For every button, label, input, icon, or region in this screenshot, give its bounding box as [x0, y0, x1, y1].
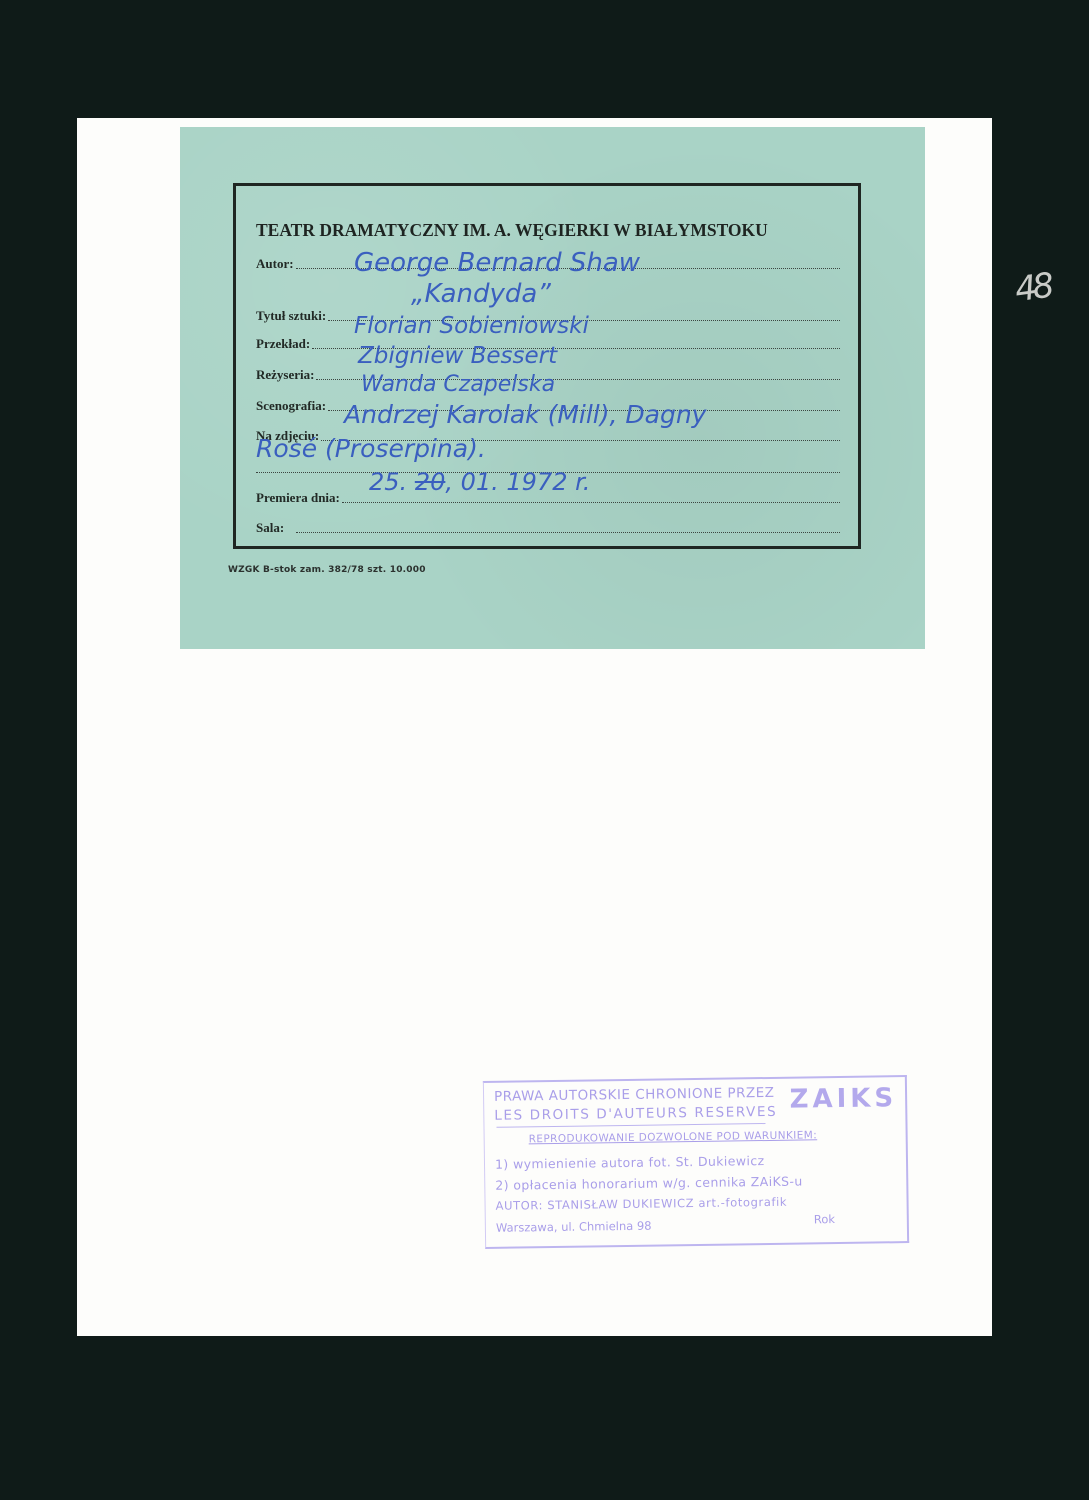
field-label: Sala:	[256, 520, 284, 536]
stamp-line-conditions: REPRODUKOWANIE DOZWOLONE POD WARUNKIEM:	[529, 1129, 818, 1145]
field-label: Reżyseria:	[256, 367, 314, 383]
field-value-na-zdjeciu-continuation: Rosé (Proserpina).	[256, 434, 486, 463]
field-value-premiera: 25. 20, 01. 1972 r.	[369, 468, 590, 496]
handwritten-page-number: 48	[1012, 266, 1052, 311]
premiere-month-year: , 01. 1972 r.	[445, 468, 590, 496]
field-value-rezyseria: Zbigniew Bessert	[358, 343, 557, 369]
field-label: Premiera dnia:	[256, 490, 340, 506]
theater-heading: TEATR DRAMATYCZNY IM. A. WĘGIERKI W BIAŁ…	[256, 220, 768, 241]
card-frame: TEATR DRAMATYCZNY IM. A. WĘGIERKI W BIAŁ…	[233, 183, 861, 549]
field-value-przeklad: Florian Sobieniowski	[354, 313, 589, 339]
dotted-line	[342, 501, 840, 503]
premiere-day: 25.	[369, 468, 407, 496]
field-label: Przekład:	[256, 336, 310, 352]
stamp-line-french: LES DROITS D'AUTEURS RESERVES	[494, 1104, 777, 1124]
field-value-na-zdjeciu: Andrzej Karolak (Mill), Dagny	[344, 400, 706, 429]
stamp-line-condition-2: 2) opłacenia honorarium w/g. cennika ZAi…	[495, 1174, 803, 1193]
dotted-line	[296, 531, 840, 533]
zaiks-copyright-stamp: PRAWA AUTORSKIE CHRONIONE PRZEZ ZAIKS LE…	[483, 1075, 909, 1249]
stamp-line-author: AUTOR: STANISŁAW DUKIEWICZ art.-fotograf…	[495, 1195, 787, 1213]
field-label: Autor:	[256, 256, 294, 272]
theater-info-card: TEATR DRAMATYCZNY IM. A. WĘGIERKI W BIAŁ…	[180, 127, 925, 649]
stamp-line-condition-1: 1) wymienienie autora fot. St. Dukiewicz	[495, 1153, 765, 1172]
field-label: Tytuł sztuki:	[256, 308, 326, 324]
stamp-line-copyright: PRAWA AUTORSKIE CHRONIONE PRZEZ	[494, 1085, 775, 1105]
stamp-divider	[496, 1123, 765, 1128]
field-value-autor: George Bernard Shaw	[354, 248, 640, 278]
stamp-line-address: Warszawa, ul. Chmielna 98	[496, 1219, 652, 1235]
stamp-line-rok: Rok	[814, 1212, 835, 1226]
field-sala: Sala:	[256, 516, 840, 536]
field-value-scenografia: Wanda Czapelska	[361, 372, 555, 397]
stamp-brand-zaiks: ZAIKS	[789, 1083, 897, 1114]
field-label: Scenografia:	[256, 398, 326, 414]
mounting-paper: 48 TEATR DRAMATYCZNY IM. A. WĘGIERKI W B…	[77, 118, 992, 1336]
field-value-tytul: „Kandyda”	[411, 279, 551, 309]
printer-note: WZGK B-stok zam. 382/78 szt. 10.000	[228, 565, 426, 575]
premiere-struck-day: 20	[415, 468, 446, 496]
